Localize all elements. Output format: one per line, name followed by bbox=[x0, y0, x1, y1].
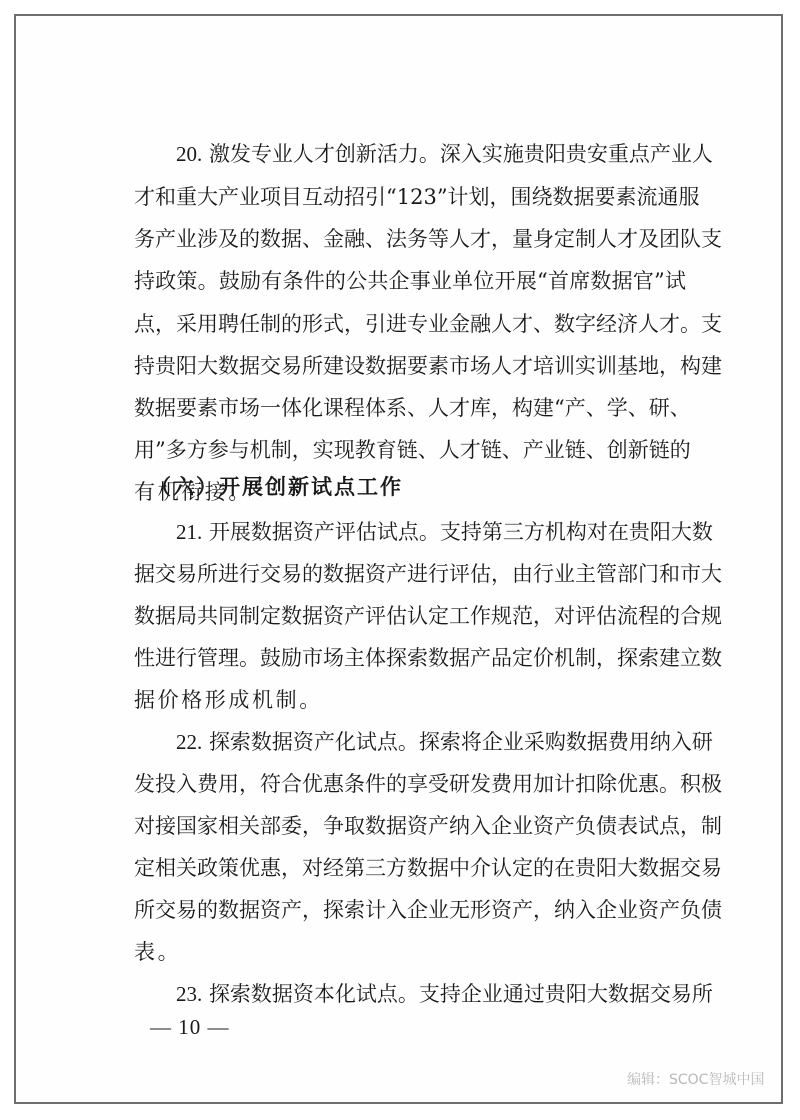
paragraph-22-line-6: 表。 bbox=[134, 937, 686, 967]
section-heading: （六）开展创新试点工作 bbox=[150, 472, 660, 502]
paragraph-22-line-4: 定相关政策优惠，对经第三方数据中介认定的在贵阳大数据交易 bbox=[134, 853, 686, 883]
paragraph-21-line-1: 21. 开展数据资产评估试点。支持第三方机构对在贵阳大数 bbox=[176, 517, 686, 547]
paragraph-20-line-3: 务产业涉及的数据、金融、法务等人才，量身定制人才及团队支 bbox=[134, 224, 686, 254]
item-number-23: 23. bbox=[176, 982, 202, 1006]
paragraph-20-line-4: 持政策。鼓励有条件的公共企事业单位开展“首席数据官”试 bbox=[134, 266, 686, 296]
item-number-22: 22. bbox=[176, 730, 202, 754]
paragraph-20-line-8: 用”多方参与机制，实现教育链、人才链、产业链、创新链的 bbox=[134, 435, 686, 465]
paragraph-20-line-5: 点，采用聘任制的形式，引进专业金融人才、数字经济人才。支 bbox=[134, 309, 686, 339]
paragraph-22-line-5: 所交易的数据资产，探索计入企业无形资产，纳入企业资产负债 bbox=[134, 895, 686, 925]
paragraph-20-line-7: 数据要素市场一体化课程体系、人才库，构建“产、学、研、 bbox=[134, 393, 686, 423]
paragraph-21-line-2: 据交易所进行交易的数据资产进行评估，由行业主管部门和市大 bbox=[134, 559, 686, 589]
paragraph-22-line-1: 22. 探索数据资产化试点。探索将企业采购数据费用纳入研 bbox=[176, 727, 686, 757]
paragraph-20-line-2: 才和重大产业项目互动招引“123”计划，围绕数据要素流通服 bbox=[134, 182, 686, 212]
item-number-21: 21. bbox=[176, 520, 202, 544]
paragraph-21-line-5: 据价格形成机制。 bbox=[134, 685, 686, 715]
paragraph-20-line-6: 持贵阳大数据交易所建设数据要素市场人才培训实训基地，构建 bbox=[134, 351, 686, 381]
paragraph-21-line-3: 数据局共同制定数据资产评估认定工作规范，对评估流程的合规 bbox=[134, 601, 686, 631]
paragraph-22-line-2: 发投入费用，符合优惠条件的享受研发费用加计扣除优惠。积极 bbox=[134, 769, 686, 799]
page-number: — 10 — bbox=[150, 1012, 230, 1042]
paragraph-23-line-1: 23. 探索数据资本化试点。支持企业通过贵阳大数据交易所 bbox=[176, 979, 686, 1009]
editor-watermark: 编辑：SCOC智城中国 bbox=[627, 1069, 764, 1089]
paragraph-22-line-3: 对接国家相关部委，争取数据资产纳入企业资产负债表试点，制 bbox=[134, 811, 686, 841]
item-number-20: 20. bbox=[176, 142, 202, 166]
paragraph-21-line-4: 性进行管理。鼓励市场主体探索数据产品定价机制，探索建立数 bbox=[134, 643, 686, 673]
paragraph-20-line-1: 20. 激发专业人才创新活力。深入实施贵阳贵安重点产业人 bbox=[176, 139, 686, 169]
